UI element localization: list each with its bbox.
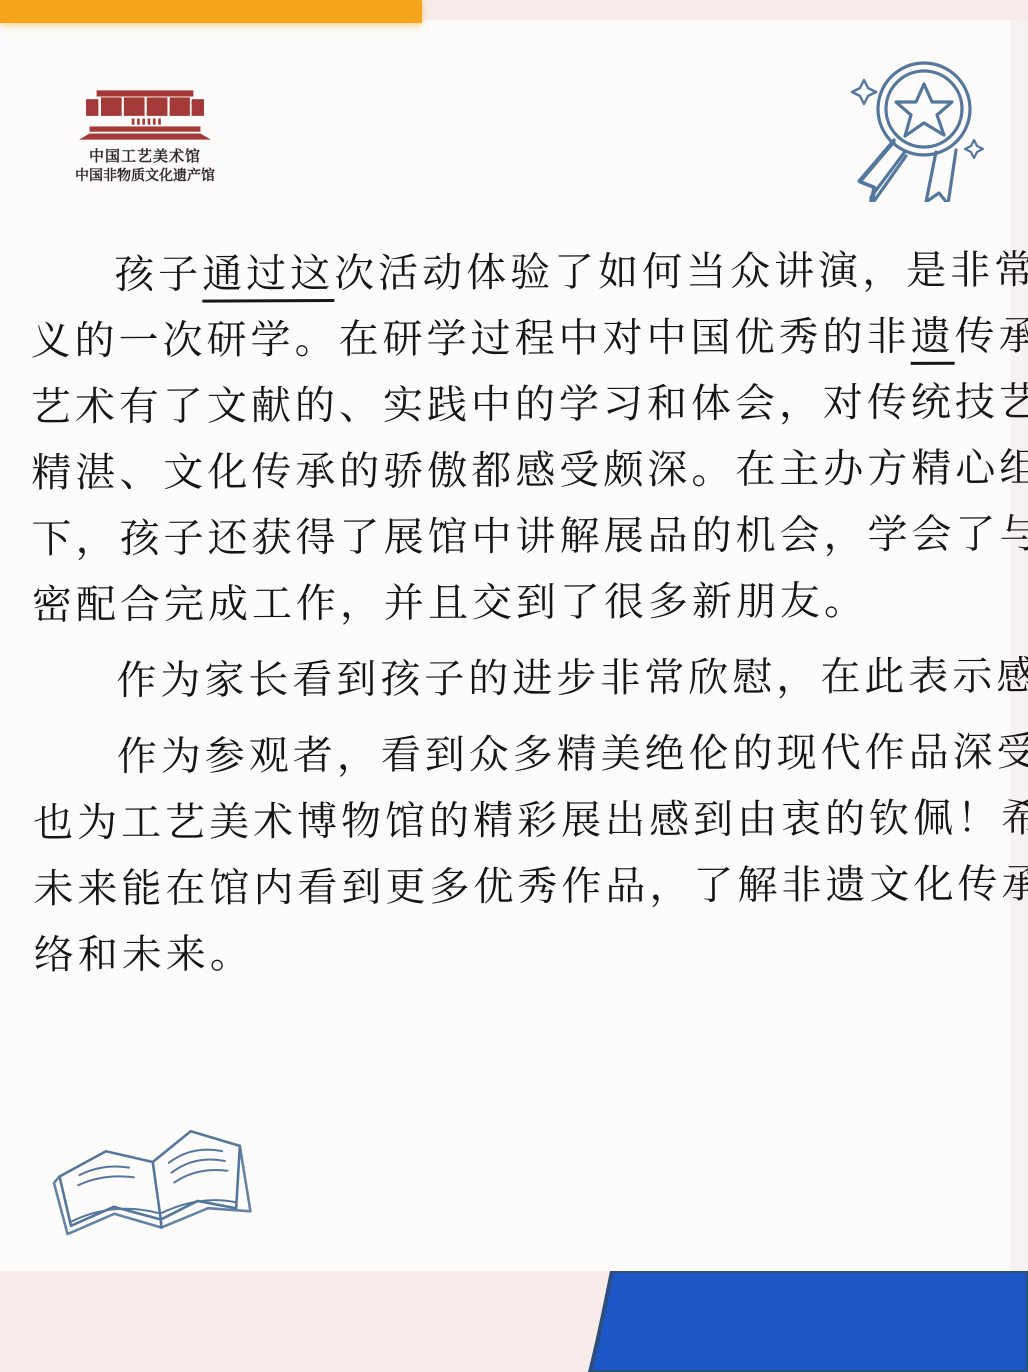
note-line: 下，孩子还获得了展馆中讲解展品的机会，学会了与同事紧: [31, 501, 999, 572]
note-paragraph: 作为家长看到孩子的进步非常欣慰，在此表示感谢！: [32, 643, 1000, 714]
scanned-feedback-page: { "colors": { "paper": "#fdfcfb", "orang…: [0, 0, 1028, 1372]
text-segment: 作为参观者，看到众多精美绝伦的现代作品深受震撼: [117, 729, 1028, 780]
text-segment: 下，孩子还获得了展馆中讲解展品的机会，学会了与同事紧: [31, 511, 1028, 563]
note-line: 络和未来。: [34, 917, 1002, 988]
text-segment: 义的一次研学。在研学过程中对中国优秀的非: [30, 314, 910, 365]
text-segment: 密配合完成工作，并且交到了很多新朋友。: [32, 578, 868, 628]
museum-building-icon: [79, 90, 211, 140]
logo-text-line1: 中国工艺美术馆: [60, 146, 230, 166]
note-line: 密配合完成工作，并且交到了很多新朋友。: [32, 567, 1000, 638]
award-medal-icon: [836, 52, 986, 202]
handwritten-note: 孩子通过这次活动体验了如何当众讲演，是非常有意义的一次研学。在研学过程中对中国优…: [30, 237, 1002, 988]
note-line: 孩子通过这次活动体验了如何当众讲演，是非常有意: [30, 237, 998, 308]
note-line: 也为工艺美术博物馆的精彩展出感到由衷的钦佩！希望: [33, 785, 1001, 856]
open-book-icon: [46, 1108, 261, 1253]
text-segment: 未来能在馆内看到更多优秀作品，了解非遗文化传承的脉: [33, 861, 1028, 913]
note-paragraph: 孩子通过这次活动体验了如何当众讲演，是非常有意义的一次研学。在研学过程中对中国优…: [30, 237, 1000, 638]
bottom-accent-band: [0, 1271, 1028, 1372]
top-accent-bar-orange: [0, 0, 422, 23]
text-segment: 精湛、文化传承的骄傲都感受颇深。在主办方精心组织: [31, 445, 1028, 497]
underlined-text: 遗: [910, 314, 954, 365]
bottom-blue-shape: [0, 1271, 1028, 1372]
note-line: 义的一次研学。在研学过程中对中国优秀的非遗传承文化: [30, 303, 998, 374]
logo-text-line2: 中国非物质文化遗产馆: [60, 166, 230, 186]
text-segment: 传承文化: [954, 313, 1028, 360]
text-segment: 作为家长看到孩子的进步非常欣慰，在此表示感谢！: [116, 653, 1028, 704]
text-segment: 艺术有了文献的、实践中的学习和体会，对传统技艺的: [31, 379, 1028, 431]
text-segment: 孩子: [114, 252, 202, 298]
text-segment: 络和未来。: [34, 931, 254, 978]
text-segment: 次活动体验了如何当众讲演，是非常有意: [334, 247, 1028, 297]
museum-logo: 中国工艺美术馆 中国非物质文化遗产馆: [60, 90, 230, 186]
underlined-text: 通过这: [202, 251, 334, 303]
note-line: 未来能在馆内看到更多优秀作品，了解非遗文化传承的脉: [33, 851, 1001, 922]
note-paragraph: 作为参观者，看到众多精美绝伦的现代作品深受震撼也为工艺美术博物馆的精彩展出感到由…: [33, 719, 1002, 988]
note-line: 精湛、文化传承的骄傲都感受颇深。在主办方精心组织: [31, 435, 999, 506]
note-line: 作为家长看到孩子的进步非常欣慰，在此表示感谢！: [32, 643, 1000, 714]
note-line: 艺术有了文献的、实践中的学习和体会，对传统技艺的: [31, 369, 999, 440]
note-line: 作为参观者，看到众多精美绝伦的现代作品深受震撼: [33, 719, 1001, 790]
text-segment: 也为工艺美术博物馆的精彩展出感到由衷的钦佩！希望: [33, 795, 1028, 847]
